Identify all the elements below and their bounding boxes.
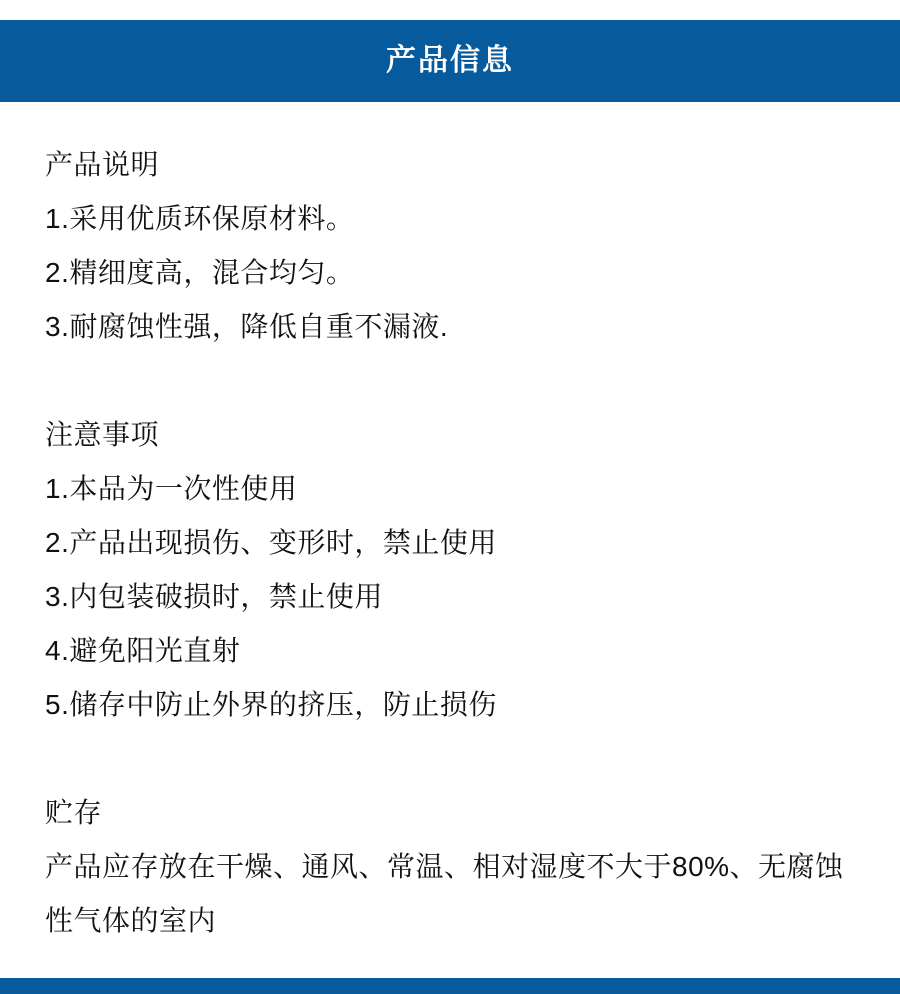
list-item: 3.内包装破损时，禁止使用 — [45, 570, 855, 624]
paragraph: 产品应存放在干燥、通风、常温、相对湿度不大于80%、无腐蚀性气体的室内 — [45, 840, 855, 948]
list-item: 1.采用优质环保原材料。 — [45, 192, 855, 246]
section-heading: 产品说明 — [45, 138, 855, 192]
list-item: 5.储存中防止外界的挤压，防止损伤 — [45, 678, 855, 732]
footer-bar — [0, 978, 900, 994]
list-item: 2.精细度高，混合均匀。 — [45, 246, 855, 300]
section-storage: 贮存 产品应存放在干燥、通风、常温、相对湿度不大于80%、无腐蚀性气体的室内 — [45, 786, 855, 948]
section-precautions: 注意事项 1.本品为一次性使用 2.产品出现损伤、变形时，禁止使用 3.内包装破… — [45, 408, 855, 732]
header-banner: 产品信息 — [0, 20, 900, 102]
list-item: 4.避免阳光直射 — [45, 624, 855, 678]
section-heading: 注意事项 — [45, 408, 855, 462]
page-title: 产品信息 — [386, 46, 514, 76]
list-item: 3.耐腐蚀性强，降低自重不漏液. — [45, 300, 855, 354]
section-product-description: 产品说明 1.采用优质环保原材料。 2.精细度高，混合均匀。 3.耐腐蚀性强，降… — [45, 138, 855, 354]
section-heading: 贮存 — [45, 786, 855, 840]
list-item: 2.产品出现损伤、变形时，禁止使用 — [45, 516, 855, 570]
list-item: 1.本品为一次性使用 — [45, 462, 855, 516]
product-info-content: 产品说明 1.采用优质环保原材料。 2.精细度高，混合均匀。 3.耐腐蚀性强，降… — [0, 102, 900, 978]
